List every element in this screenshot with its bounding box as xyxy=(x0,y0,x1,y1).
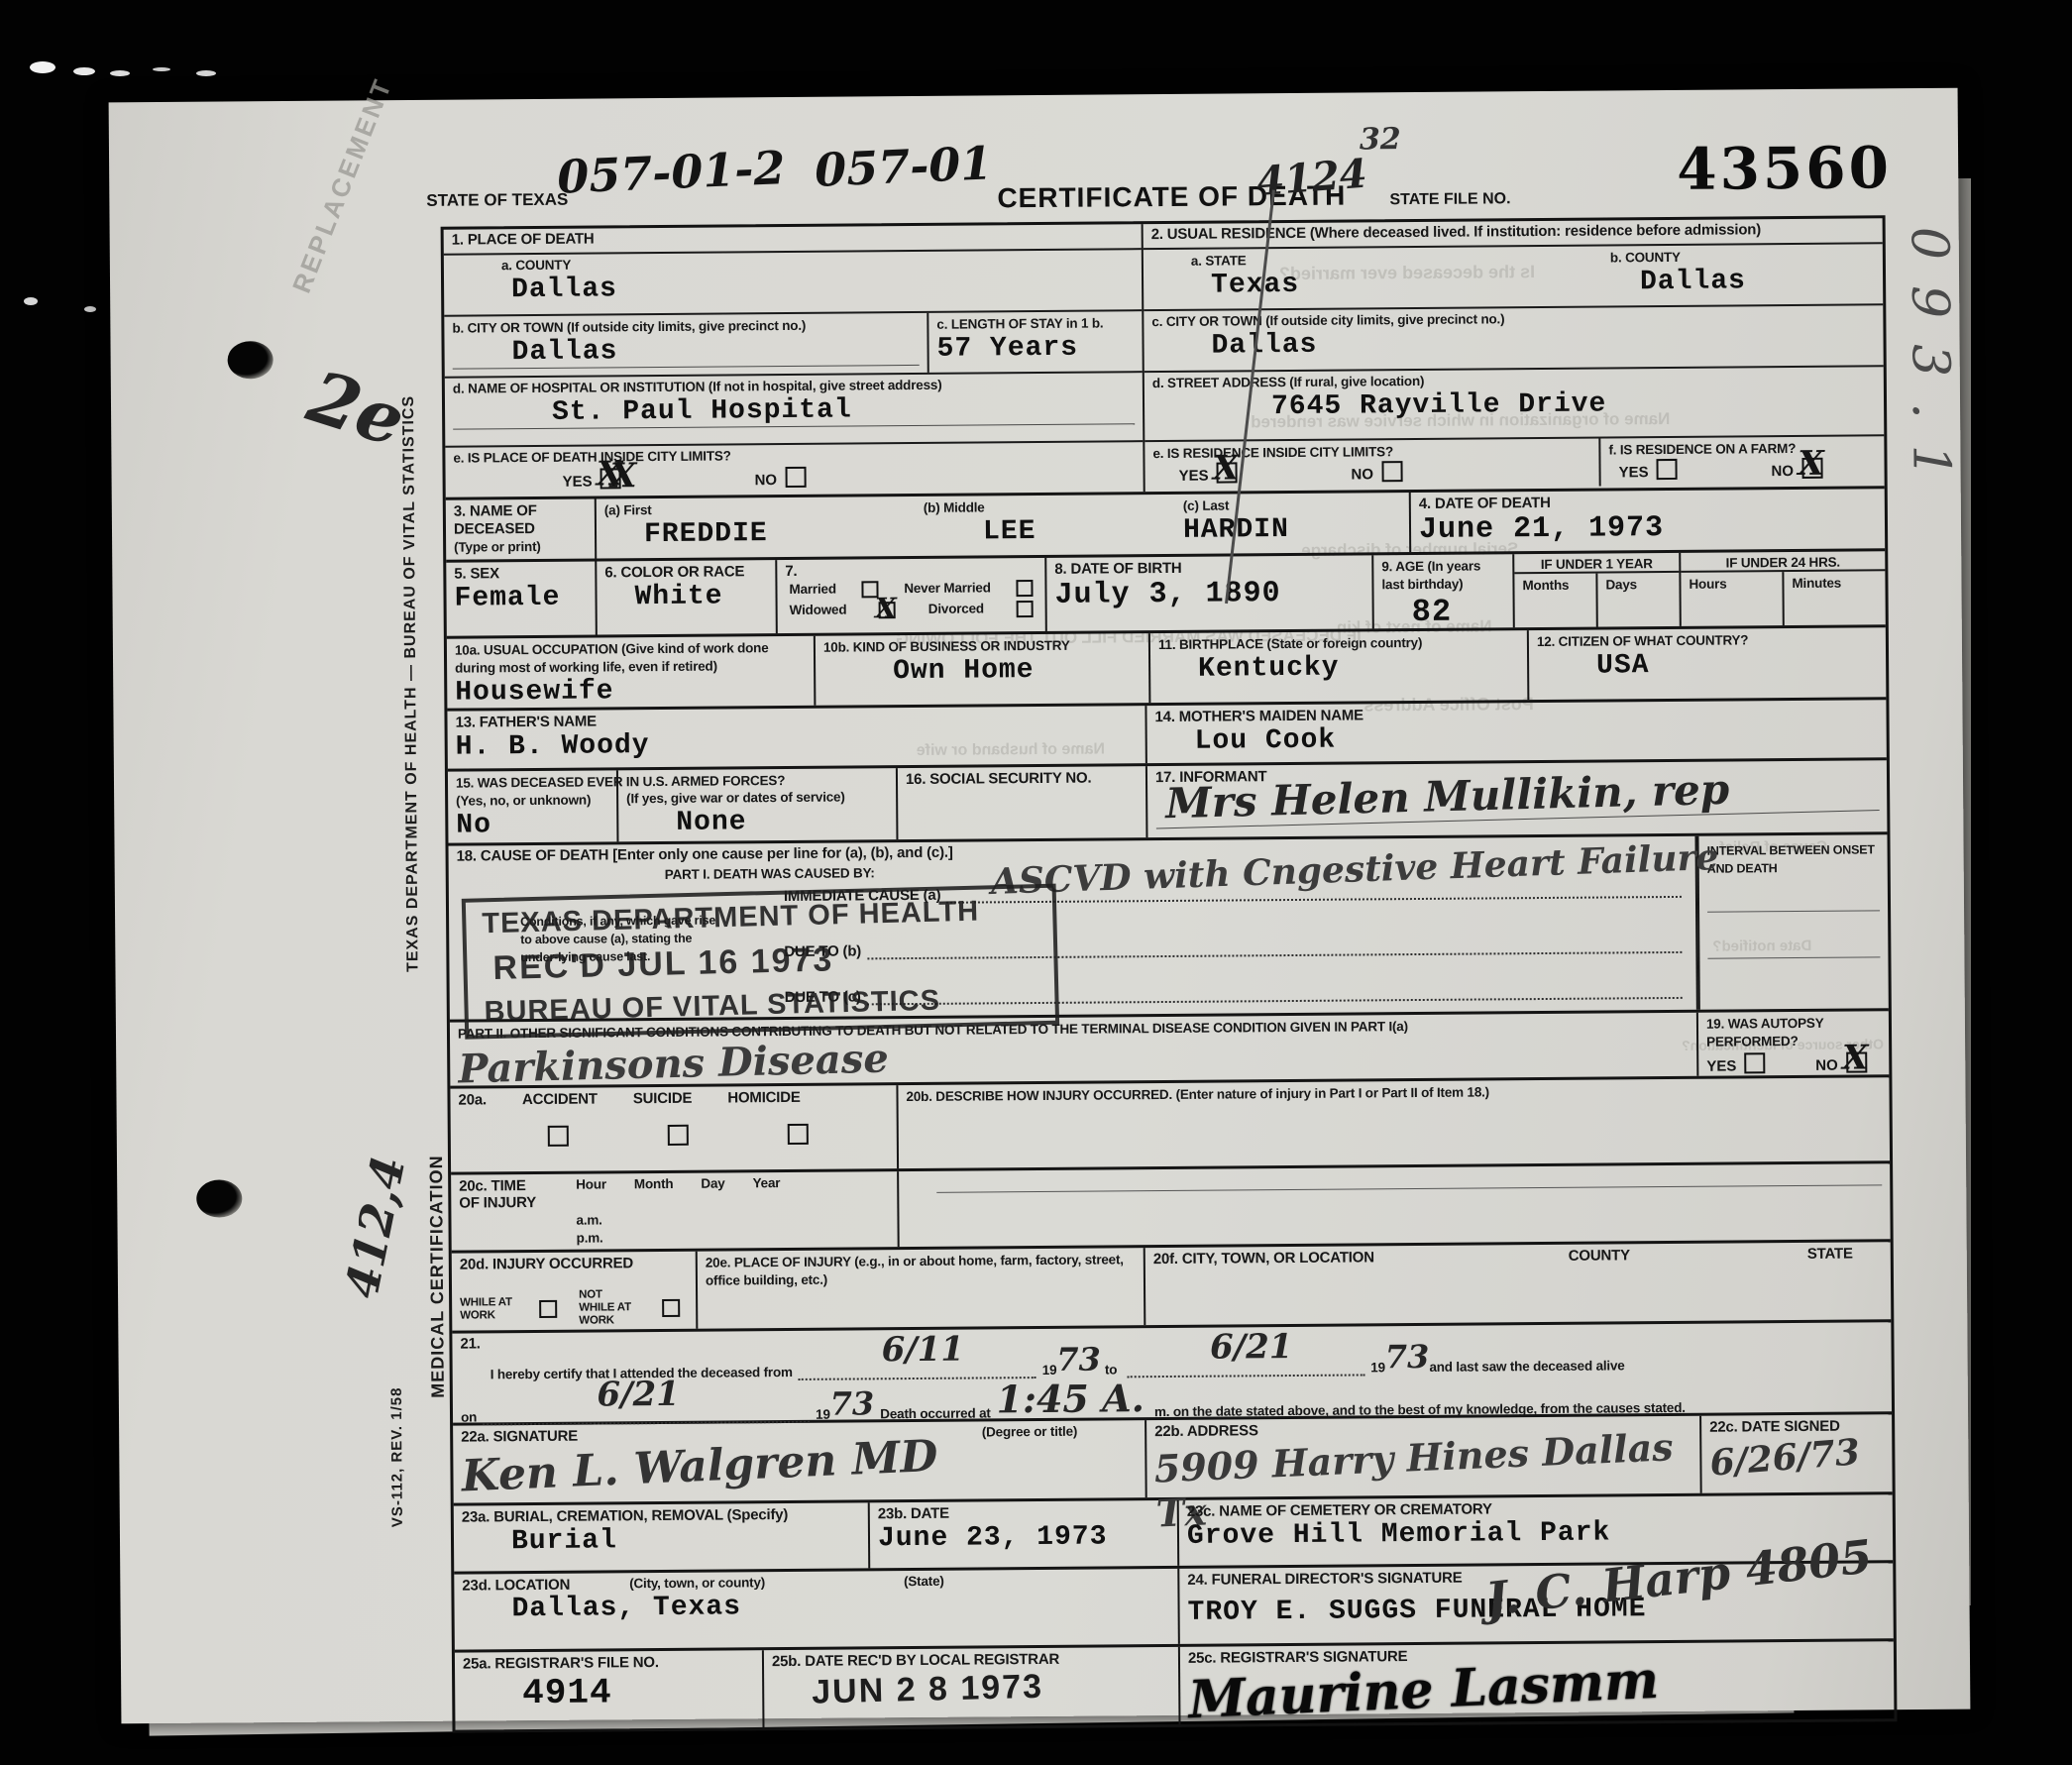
while-at-work-checkbox xyxy=(539,1300,557,1318)
location-value: Dallas, Texas xyxy=(462,1589,1169,1625)
x-mark: X xyxy=(610,456,637,496)
autopsy-yes-checkbox xyxy=(1745,1052,1766,1073)
handwritten-code-1: 057-01-2 xyxy=(556,141,786,204)
item-20a-label: 20a. xyxy=(458,1091,487,1108)
burial-value: Burial xyxy=(462,1523,860,1557)
date-of-death-label: 4. DATE OF DEATH xyxy=(1419,495,1551,512)
death-occurred-at-label: Death occurred at xyxy=(880,1406,991,1422)
residence-limits-yes-checkbox: X xyxy=(1217,462,1238,483)
birthplace-label: 11. BIRTHPLACE (State or foreign country… xyxy=(1158,635,1422,652)
date-of-birth-label: 8. DATE OF BIRTH xyxy=(1054,560,1181,578)
x-mark: X xyxy=(1842,1038,1869,1077)
business-label: 10b. KIND OF BUSINESS OR INDUSTRY xyxy=(823,638,1070,655)
describe-injury-line xyxy=(936,1184,1882,1192)
citizen-label: 12. CITIZEN OF WHAT COUNTRY? xyxy=(1537,632,1749,649)
residence-city-limits-label: e. IS RESIDENCE INSIDE CITY LIMITS? xyxy=(1152,444,1393,461)
county-value: Dallas xyxy=(452,270,1134,305)
fathers-name-label: 13. FATHER'S NAME xyxy=(455,714,597,731)
attended-to-value: 6/21 xyxy=(1210,1327,1293,1368)
city-town-label: b. CITY OR TOWN (If outside city limits,… xyxy=(452,318,806,336)
interval-column: INTERVAL BETWEEN ONSET AND DEATH xyxy=(1696,834,1888,1010)
residence-state-value: Texas xyxy=(1151,268,1505,301)
sex-value: Female xyxy=(454,583,587,614)
margin-handwriting-bottom: 412,4 xyxy=(335,1152,416,1302)
date-of-birth-value: July 3, 1890 xyxy=(1054,576,1363,611)
divorced-checkbox xyxy=(1017,601,1034,617)
length-of-stay-label: c. LENGTH OF STAY in 1 b. xyxy=(936,315,1103,331)
armed-forces-sub1: (Yes, no, or unknown) xyxy=(456,793,591,809)
occupation-value: Housewife xyxy=(455,675,806,709)
occupation-label: 10a. USUAL OCCUPATION (Give kind of work… xyxy=(455,640,769,675)
punch-hole xyxy=(196,1179,242,1217)
received-date-stamp: TEXAS DEPARTMENT OF HEALTH REC'D JUL 16 … xyxy=(462,884,1059,1040)
armed-forces-value: No xyxy=(456,809,608,840)
while-at-work-label: WHILE AT WORK xyxy=(460,1296,517,1323)
row-location-director: 23d. LOCATION (City, town, or county) (S… xyxy=(454,1563,1894,1652)
suicide-label: SUICIDE xyxy=(633,1090,693,1108)
mothers-maiden-name-label: 14. MOTHER'S MAIDEN NAME xyxy=(1154,707,1363,725)
row-forces-informant: 15. WAS DECEASED EVER IN U.S. ARMED FORC… xyxy=(448,760,1888,845)
funeral-director-label: 24. FUNERAL DIRECTOR'S SIGNATURE xyxy=(1187,1570,1462,1589)
location-label: 23d. LOCATION xyxy=(462,1577,570,1595)
length-of-stay-value: 57 Years xyxy=(936,332,1134,365)
burial-date-value: June 23, 1973 xyxy=(878,1521,1169,1554)
registrar-file-value: 4914 xyxy=(463,1671,754,1713)
farm-yes-checkbox xyxy=(1657,459,1678,480)
stamp-line-2: REC'D JUL 16 1973 xyxy=(483,936,1038,988)
widowed-checkbox: X xyxy=(879,602,896,618)
margin-handwriting-top: 2e xyxy=(298,354,414,463)
never-married-label: Never Married xyxy=(904,581,991,599)
date-signed-label: 22c. DATE SIGNED xyxy=(1709,1418,1840,1436)
medical-certification-vertical-label: MEDICAL CERTIFICATION xyxy=(425,972,449,1398)
sex-label: 5. SEX xyxy=(454,565,499,582)
registrar-date-stamp: JUN 2 8 1973 xyxy=(772,1664,1171,1712)
attended-from-value: 6/11 xyxy=(881,1330,964,1371)
fathers-name-value: H. B. Woody xyxy=(456,726,1138,762)
certificate-sheet: REPLACEMENT 2e 412,4 TEXAS DEPARTMENT OF… xyxy=(109,88,1971,1724)
hours-label: Hours xyxy=(1689,577,1726,592)
homicide-checkbox xyxy=(788,1124,809,1145)
stamp-line-1: TEXAS DEPARTMENT OF HEALTH xyxy=(482,894,1037,940)
punch-hole xyxy=(228,341,273,379)
accident-label: ACCIDENT xyxy=(522,1091,598,1109)
residence-city-label: c. CITY OR TOWN (If outside city limits,… xyxy=(1151,311,1504,329)
state-of-texas-label: STATE OF TEXAS xyxy=(426,190,568,211)
war-dates-value: None xyxy=(626,806,888,838)
handwritten-small-number: 32 xyxy=(1360,122,1401,157)
date-of-death-value: June 21, 1973 xyxy=(1419,509,1877,547)
residence-city-value: Dallas xyxy=(1151,325,1875,362)
birthplace-value: Kentucky xyxy=(1158,651,1519,685)
place-of-death-box: 1. PLACE OF DEATH a. COUNTY Dallas b. CI… xyxy=(444,224,1145,497)
first-name-value: FREDDIE xyxy=(604,517,908,550)
death-certificate-form: 1. PLACE OF DEATH a. COUNTY Dallas b. CI… xyxy=(441,215,1898,1732)
item-21-label: 21. xyxy=(460,1335,480,1352)
year-label: Year xyxy=(752,1175,780,1210)
printed-19: 19 xyxy=(1370,1361,1385,1377)
color-or-race-value: White xyxy=(604,581,767,612)
autopsy-label: 19. WAS AUTOPSY PERFORMED? xyxy=(1706,1016,1823,1049)
suicide-checkbox xyxy=(668,1125,689,1146)
middle-name-label: (b) Middle xyxy=(924,499,985,514)
if-under-1-year-label: IF UNDER 1 YEAR xyxy=(1541,556,1653,572)
cause-of-death-label: 18. CAUSE OF DEATH [Enter only one cause… xyxy=(457,844,953,865)
residence-farm-label: f. IS RESIDENCE ON A FARM? xyxy=(1608,441,1796,457)
months-label: Months xyxy=(1522,578,1569,593)
yes-label: YES xyxy=(1706,1057,1736,1074)
street-address-value: 7645 Rayville Drive xyxy=(1152,386,1876,423)
hospital-value: St. Paul Hospital xyxy=(453,392,1135,429)
month-label: Month xyxy=(634,1176,674,1211)
signature-label: 22a. SIGNATURE xyxy=(461,1428,578,1446)
location-sub1: (City, town, or county) xyxy=(629,1575,765,1593)
address-label: 22b. ADDRESS xyxy=(1154,1422,1258,1440)
on-word: on xyxy=(461,1410,477,1426)
burial-label: 23a. BURIAL, CREMATION, REMOVAL (Specify… xyxy=(462,1506,788,1526)
row-parents: 13. FATHER'S NAME H. B. Woody 14. MOTHER… xyxy=(447,700,1886,771)
citizen-value: USA xyxy=(1537,648,1878,682)
x-mark: X xyxy=(1213,448,1240,488)
row-registrar: 25a. REGISTRAR'S FILE NO. 4914 25b. DATE… xyxy=(455,1641,1895,1729)
handwritten-code-2: 057-01 xyxy=(814,136,993,197)
social-security-label: 16. SOCIAL SECURITY NO. xyxy=(906,770,1092,788)
row-place-residence: 1. PLACE OF DEATH a. COUNTY Dallas b. CI… xyxy=(444,218,1885,499)
row-accident: 20a. ACCIDENT SUICIDE HOMICIDE 20b. DESC… xyxy=(450,1077,1890,1174)
scanned-death-certificate: { "hdr": { "state_label": "STATE OF TEXA… xyxy=(0,0,2072,1765)
state-file-number: 43560 xyxy=(1677,134,1892,203)
row-time-of-injury: 20c. TIME OF INJURY Hour Month Day Year … xyxy=(451,1163,1891,1253)
usual-residence-title: 2. USUAL RESIDENCE (Where deceased lived… xyxy=(1151,221,1761,243)
last-seen-date: 6/21 xyxy=(597,1375,680,1415)
last-name-value: HARDIN xyxy=(1183,513,1401,546)
location-sub2: (State) xyxy=(904,1574,944,1592)
replacement-stamp: REPLACEMENT xyxy=(286,73,399,297)
certify-text-2: and last saw the deceased alive xyxy=(1429,1359,1624,1376)
injury-state-label: STATE xyxy=(1718,1245,1884,1317)
married-label: Married xyxy=(789,582,836,599)
time-of-death-value: 1:45 A. xyxy=(996,1376,1145,1421)
days-label: Days xyxy=(1605,577,1637,592)
right-margin-handwriting: 093.1 xyxy=(1900,227,1961,503)
attended-from-year: 73 xyxy=(1056,1341,1101,1379)
row-sex-race: 5. SEX Female 6. COLOR OR RACE White 7. … xyxy=(446,551,1886,638)
divorced-label: Divorced xyxy=(928,602,984,618)
attended-to-year: 73 xyxy=(1385,1338,1430,1376)
x-mark: X xyxy=(875,592,897,624)
x-mark: X xyxy=(1798,444,1824,484)
if-under-24-hrs-label: IF UNDER 24 HRS. xyxy=(1726,555,1840,571)
film-artifact-specks xyxy=(24,297,38,305)
form-number-vertical: VS-112, REV. 1/58 xyxy=(388,1359,406,1527)
residence-state-label: a. STATE xyxy=(1191,253,1247,268)
burial-date-label: 23b. DATE xyxy=(878,1505,949,1523)
yes-label: YES xyxy=(1179,468,1209,485)
minutes-label: Minutes xyxy=(1792,576,1841,591)
injury-occurred-label: 20d. INJURY OCCURRED xyxy=(460,1255,633,1272)
city-value: Dallas xyxy=(452,334,919,370)
interval-label: INTERVAL BETWEEN ONSET AND DEATH xyxy=(1707,842,1875,875)
state-file-no-label: STATE FILE NO. xyxy=(1389,190,1510,209)
pod-no-checkbox xyxy=(785,467,806,488)
first-name-label: (a) First xyxy=(604,502,652,517)
row-injury-place: 20d. INJURY OCCURRED WHILE AT WORK NOT W… xyxy=(452,1242,1892,1333)
injury-city-label: 20f. CITY, TOWN, OR LOCATION xyxy=(1153,1249,1481,1323)
marital-status-label: 7. xyxy=(785,563,797,580)
place-of-death-title: 1. PLACE OF DEATH xyxy=(452,231,595,249)
accident-checkbox xyxy=(548,1126,569,1147)
injury-county-label: COUNTY xyxy=(1480,1247,1719,1320)
printed-19: 19 xyxy=(816,1407,830,1423)
age-label: 9. AGE (In years last birthday) xyxy=(1381,558,1480,592)
middle-name-value: LEE xyxy=(924,515,1167,548)
homicide-label: HOMICIDE xyxy=(727,1089,801,1107)
film-artifact-dashes xyxy=(30,61,55,73)
not-while-at-work-checkbox xyxy=(662,1299,680,1317)
department-vertical-label: TEXAS DEPARTMENT OF HEALTH — BUREAU OF V… xyxy=(399,298,422,972)
pod-yes-checkbox: XX xyxy=(600,468,621,489)
no-label: NO xyxy=(1815,1057,1838,1074)
last-name-label: (c) Last xyxy=(1183,497,1230,512)
name-of-deceased-label: 3. NAME OF DECEASED xyxy=(454,502,537,538)
am-label: a.m. xyxy=(576,1212,601,1227)
mothers-maiden-name-value: Lou Cook xyxy=(1155,720,1879,757)
place-of-injury-label: 20e. PLACE OF INJURY (e.g., in or about … xyxy=(706,1252,1124,1287)
never-married-checkbox xyxy=(1016,580,1033,597)
part1-label: PART I. DEATH WAS CAUSED BY: xyxy=(665,865,875,882)
age-value: 82 xyxy=(1382,593,1505,630)
registrar-date-label: 25b. DATE REC'D BY LOCAL REGISTRAR xyxy=(772,1651,1059,1670)
no-label: NO xyxy=(754,472,777,489)
row-physician-signature: 22a. SIGNATURE (Degree or title) Ken L. … xyxy=(453,1414,1893,1505)
row-occupation: 10a. USUAL OCCUPATION (Give kind of work… xyxy=(447,627,1887,711)
row-name: 3. NAME OF DECEASED (Type or print) (a) … xyxy=(446,489,1885,562)
not-while-at-work-label: NOT WHILE AT WORK xyxy=(579,1288,640,1328)
pod-city-limits-label: e. IS PLACE OF DEATH INSIDE CITY LIMITS? xyxy=(453,448,730,465)
autopsy-no-checkbox: X xyxy=(1846,1051,1867,1072)
residence-limits-no-checkbox xyxy=(1381,461,1402,482)
no-label: NO xyxy=(1771,463,1794,480)
armed-forces-sub2: (If yes, give war or dates of service) xyxy=(626,790,845,807)
pm-label: p.m. xyxy=(577,1230,603,1245)
stamp-line-3: BUREAU OF VITAL STATISTICS xyxy=(484,982,1039,1029)
registrar-file-label: 25a. REGISTRAR'S FILE NO. xyxy=(463,1654,659,1673)
hospital-label: d. NAME OF HOSPITAL OR INSTITUTION (If n… xyxy=(453,378,942,396)
residence-county-label: b. COUNTY xyxy=(1610,250,1681,266)
yes-label: YES xyxy=(563,474,593,491)
street-address-label: d. STREET ADDRESS (If rural, give locati… xyxy=(1152,374,1425,390)
date-signed-script: 6/26/73 xyxy=(1708,1429,1886,1485)
row-cause-of-death: 18. CAUSE OF DEATH [Enter only one cause… xyxy=(449,834,1889,1022)
time-of-injury-label: 20c. TIME OF INJURY xyxy=(459,1177,548,1212)
last-seen-year: 73 xyxy=(830,1384,875,1422)
describe-injury-label: 20b. DESCRIBE HOW INJURY OCCURRED. (Ente… xyxy=(906,1084,1489,1104)
widowed-label: Widowed xyxy=(790,603,847,619)
type-or-print-label: (Type or print) xyxy=(454,539,541,555)
color-or-race-label: 6. COLOR OR RACE xyxy=(604,563,744,581)
business-value: Own Home xyxy=(823,654,1141,688)
no-label: NO xyxy=(1351,466,1373,483)
yes-label: YES xyxy=(1619,464,1649,481)
cemetery-label: 23c. NAME OF CEMETERY OR CREMATORY xyxy=(1187,1500,1492,1519)
row-certification: 21. I hereby certify that I attended the… xyxy=(452,1322,1892,1425)
hour-label: Hour xyxy=(576,1176,606,1211)
farm-no-checkbox: X xyxy=(1801,458,1822,479)
county-label: a. COUNTY xyxy=(501,258,571,274)
residence-county-value: Dallas xyxy=(1521,265,1875,298)
day-label: Day xyxy=(701,1176,724,1211)
